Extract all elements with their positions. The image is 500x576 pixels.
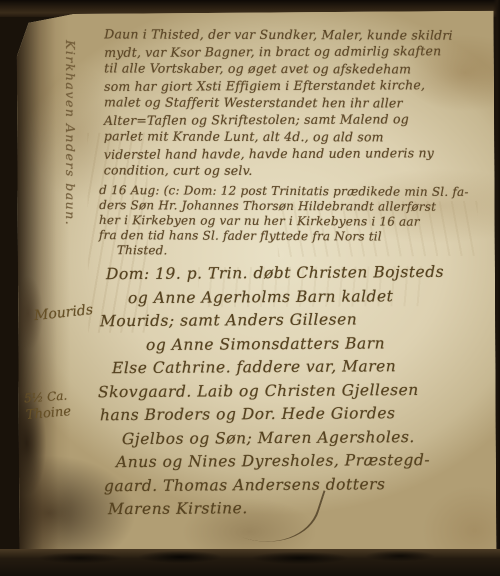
handwritten-line: viderstel hand havde, havde hand uden un… <box>104 144 453 163</box>
handwritten-line: hans Broders og Dor. Hede Giordes <box>100 402 444 428</box>
handwritten-line: malet og Stafferit Westerstandet hen ihr… <box>104 93 453 111</box>
entry-paragraph-2: d 16 Aug: (c: Dom: 12 post Trinitatis pr… <box>99 183 469 260</box>
entry-paragraph-1: Daun i Thisted, der var Sundker, Maler, … <box>104 25 453 179</box>
handwritten-line: Anus og Nines Dyresholes, Præstegd- <box>116 449 444 475</box>
handwritten-line: condition, curt og selv. <box>104 161 453 179</box>
handwritten-line: Thisted. <box>117 243 469 260</box>
handwritten-line: Mourids; samt Anders Gillesen <box>100 308 444 334</box>
book-edge-bottom <box>0 549 500 576</box>
handwritten-line: og Anne Simonsdatters Barn <box>146 331 444 357</box>
handwritten-line: og Anne Agerholms Barn kaldet <box>128 284 444 310</box>
margin-note-5half-ca: 5½ Ca. <box>24 389 68 406</box>
scanned-manuscript-photo: Kirkhaven Anders baun. Mourids 5½ Ca. Th… <box>0 0 500 576</box>
handwritten-line: som har giort Xsti Effigiem i Efterstand… <box>104 76 453 95</box>
handwritten-line: parlet mit Krande Lunt, alt 4d., og ald … <box>104 127 453 145</box>
vertical-margin-note: Kirkhaven Anders baun. <box>63 40 78 226</box>
handwritten-line: til alle Vortskaber, og øget avet og afs… <box>104 59 453 77</box>
handwritten-line: Skovgaard. Laib og Christen Gjellesen <box>98 378 444 404</box>
handwritten-line: mydt, var Ksor Bagner, in bract og admir… <box>104 42 453 61</box>
handwritten-line: Daun i Thisted, der var Sundker, Maler, … <box>104 25 453 43</box>
handwritten-line: Gjelbos og Søn; Maren Agersholes. <box>122 425 444 451</box>
handwritten-line: Alter=Taflen og Skriftestolen; samt Male… <box>104 110 453 129</box>
handwritten-line: Else Cathrine. faddere var, Maren <box>112 355 444 381</box>
handwritten-line: Dom: 19. p. Trin. døbt Christen Bojsteds <box>106 261 444 287</box>
